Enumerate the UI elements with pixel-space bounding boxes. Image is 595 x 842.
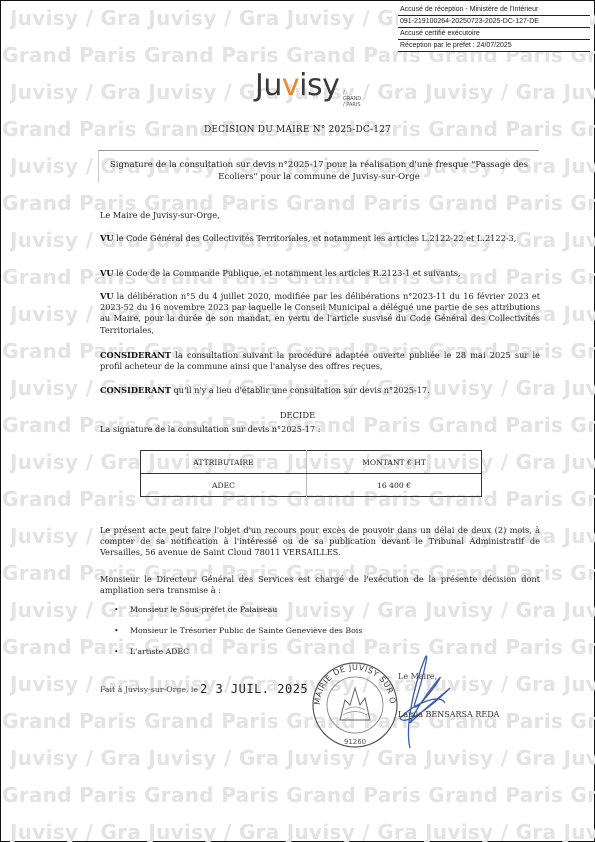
- recours-text: Le présent acte peut faire l'objet d'un …: [100, 525, 540, 559]
- visa-3: VU la délibération n°5 du 4 juillet 2020…: [100, 291, 540, 336]
- decision-title: DECISION DU MAIRE N° 2025-DC-127: [0, 125, 595, 135]
- intro: Le Maire de Juvisy-sur-Orge,: [100, 210, 540, 221]
- signatory-name: Lamia BENSARSA REDA: [398, 710, 499, 719]
- logo-subtitle: / GRAND / PARIS: [343, 90, 361, 108]
- svg-text:91260: 91260: [344, 738, 366, 746]
- decision-subject: Signature de la consultation sur devis n…: [98, 150, 539, 183]
- logo-wordmark: Juvisy: [255, 68, 339, 103]
- header-montant: MONTANT € HT: [307, 451, 482, 474]
- header-attributaire: ATTRIBUTAIRE: [141, 451, 307, 474]
- stamp-line: Accusé certifié exécutoire: [398, 28, 590, 40]
- cell-attributaire: ADEC: [141, 474, 307, 497]
- reception-stamp: Accusé de réception - Ministère de l'Int…: [398, 4, 590, 52]
- recipients-list: Monsieur le Sous-préfet de Palaiseau Mon…: [100, 604, 362, 667]
- list-item: Monsieur le Trésorier Public de Sainte G…: [118, 625, 362, 646]
- fait-a: Fait à Juvisy-sur-Orge, le: [100, 685, 198, 694]
- signature-icon: [395, 648, 475, 758]
- list-item: Monsieur le Sous-préfet de Palaiseau: [118, 604, 362, 625]
- attribution-table: ATTRIBUTAIRE MONTANT € HT ADEC 16 400 €: [140, 450, 482, 497]
- date-stamp: 2 3 JUIL. 2025: [200, 682, 308, 696]
- table-row: ADEC 16 400 €: [141, 474, 482, 497]
- visa-2: VU le Code de la Commande Publique, et n…: [100, 268, 540, 279]
- stamp-line: Accusé de réception - Ministère de l'Int…: [398, 4, 590, 16]
- stamp-line: Réception par le préfet : 24/07/2025: [398, 40, 590, 52]
- decide-heading: DECIDE: [0, 410, 595, 420]
- visa-1: VU le Code Général des Collectivités Ter…: [100, 233, 540, 244]
- juvisy-logo: Juvisy / GRAND / PARIS: [255, 68, 339, 103]
- considerant-2: CONSIDERANT qu'il n'y a lieu d'établir u…: [100, 385, 540, 396]
- stamp-line: 091-219100264-20250723-2025-DC-127-DE: [398, 16, 590, 28]
- decision-text: La signature de la consultation sur devi…: [100, 424, 540, 435]
- mairie-seal-icon: MAIRIE DE JUVISY SUR ORGE 91260: [310, 660, 400, 750]
- cell-montant: 16 400 €: [307, 474, 482, 497]
- considerant-1: CONSIDERANT la consultation suivant la p…: [100, 350, 540, 372]
- svg-text:MAIRIE DE JUVISY SUR ORGE: MAIRIE DE JUVISY SUR ORGE: [310, 660, 397, 705]
- signatory-title: Le Maire,: [398, 672, 437, 681]
- execution-text: Monsieur le Directeur Général des Servic…: [100, 574, 540, 596]
